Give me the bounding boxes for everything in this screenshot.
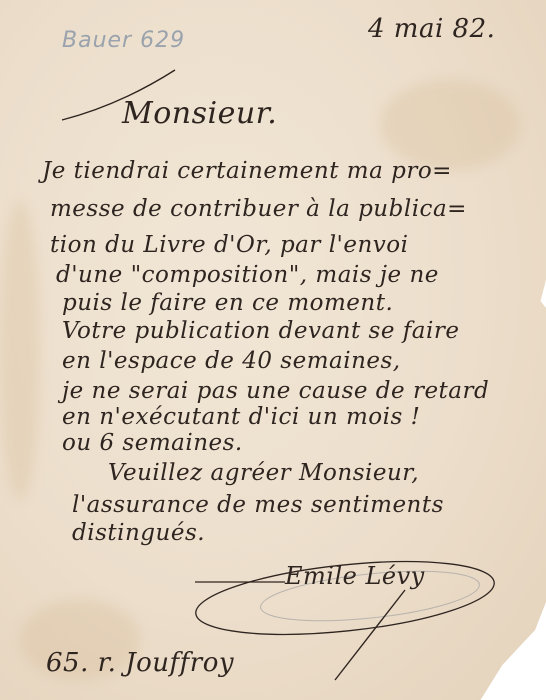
letter-paper: Bauer 629 4 mai 82. Monsieur. Je tiendra… (0, 0, 546, 700)
signature-flourish (0, 0, 546, 700)
signature: Emile Lévy (285, 562, 425, 590)
sender-address: 65. r. Jouffroy (46, 648, 234, 678)
